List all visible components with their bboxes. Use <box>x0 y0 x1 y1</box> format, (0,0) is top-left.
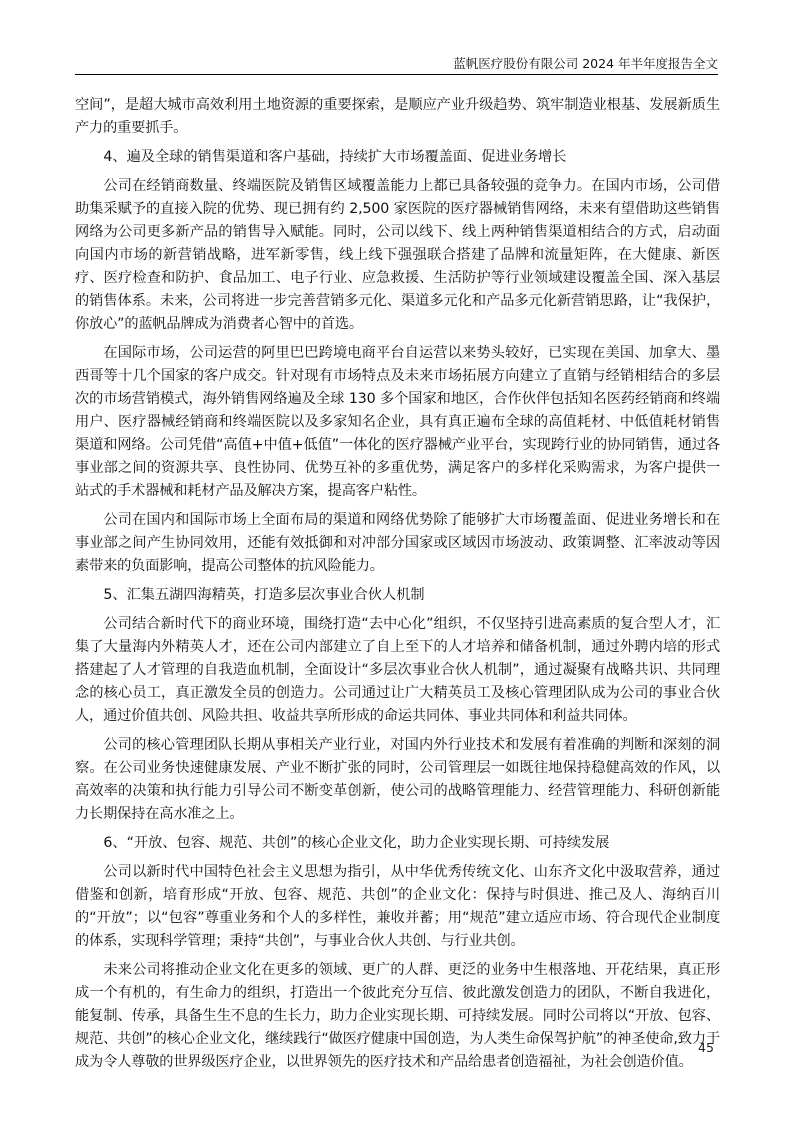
page-body: 空间”，是超大城市高效利用土地资源的重要探索，是顺应产业升级趋势、筑牢制造业根基… <box>75 94 720 1080</box>
section-heading-5: 5、汇集五湖四海精英，打造多层次事业合伙人机制 <box>75 584 720 607</box>
paragraph: 公司在经销商数量、终端医院及销售区域覆盖能力上都已具备较强的竞争力。在国内市场，… <box>75 175 720 336</box>
running-header: 蓝帆医疗股份有限公司 2024 年半年度报告全文 <box>75 56 718 75</box>
paragraph: 公司结合新时代下的商业环境，围绕打造“去中心化”组织，不仅坚持引进高素质的复合型… <box>75 613 720 728</box>
section-heading-6: 6、“开放、包容、规范、共创”的核心企业文化，助力企业实现长期、可持续发展 <box>75 832 720 855</box>
paragraph: 在国际市场，公司运营的阿里巴巴跨境电商平台自运营以来势头较好，已实现在美国、加拿… <box>75 342 720 503</box>
section-heading-4: 4、遍及全球的销售渠道和客户基础，持续扩大市场覆盖面、促进业务增长 <box>75 146 720 169</box>
paragraph: 公司在国内和国际市场上全面布局的渠道和网络优势除了能够扩大市场覆盖面、促进业务增… <box>75 509 720 578</box>
report-title: 蓝帆医疗股份有限公司 2024 年半年度报告全文 <box>453 56 718 71</box>
paragraph: 公司以新时代中国特色社会主义思想为指引，从中华优秀传统文化、山东齐文化中汲取营养… <box>75 861 720 953</box>
paragraph: 空间”，是超大城市高效利用土地资源的重要探索，是顺应产业升级趋势、筑牢制造业根基… <box>75 94 720 140</box>
page-number: 45 <box>698 1040 714 1055</box>
paragraph: 未来公司将推动企业文化在更多的领域、更广的人群、更泛的业务中生根落地、开花结果，… <box>75 959 720 1074</box>
paragraph: 公司的核心管理团队长期从事相关产业行业，对国内外行业技术和发展有着准确的判断和深… <box>75 734 720 826</box>
